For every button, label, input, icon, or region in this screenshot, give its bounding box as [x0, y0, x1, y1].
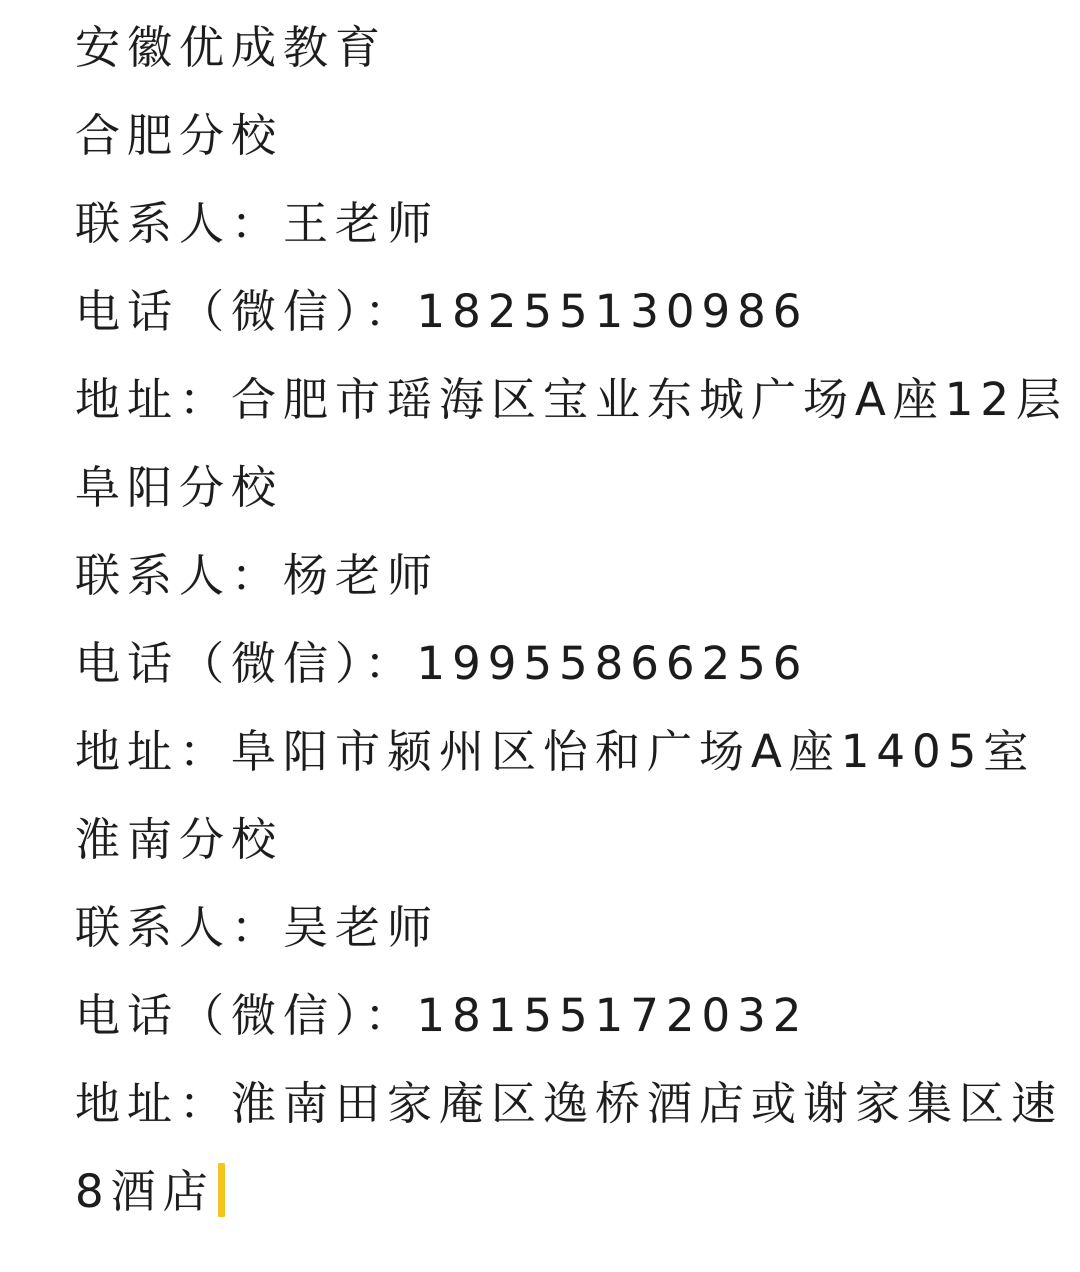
text-cursor-caret	[218, 1163, 225, 1217]
hefei-branch-title: 合肥分校	[75, 92, 1040, 180]
company-name-line: 安徽优成教育	[75, 4, 1040, 92]
fuyang-branch-title: 阜阳分校	[75, 444, 1040, 532]
huainan-address-line-1: 地址：淮南田家庵区逸桥酒店或谢家集区速	[75, 1060, 1040, 1148]
hefei-contact-line: 联系人：王老师	[75, 180, 1040, 268]
huainan-contact-line: 联系人：吴老师	[75, 884, 1040, 972]
hefei-address-line: 地址：合肥市瑶海区宝业东城广场A座12层	[75, 356, 1040, 444]
fuyang-address-line: 地址：阜阳市颍州区怡和广场A座1405室	[75, 708, 1040, 796]
fuyang-contact-line: 联系人：杨老师	[75, 532, 1040, 620]
huainan-phone-line: 电话（微信）：18155172032	[75, 972, 1040, 1060]
text-editor-area[interactable]: 安徽优成教育 合肥分校 联系人：王老师 电话（微信）：18255130986 地…	[0, 0, 1080, 1272]
hefei-phone-line: 电话（微信）：18255130986	[75, 268, 1040, 356]
fuyang-phone-line: 电话（微信）：19955866256	[75, 620, 1040, 708]
huainan-address-line-2: 8酒店	[75, 1148, 1040, 1236]
huainan-address-line-2-text: 8酒店	[75, 1165, 215, 1218]
huainan-branch-title: 淮南分校	[75, 796, 1040, 884]
